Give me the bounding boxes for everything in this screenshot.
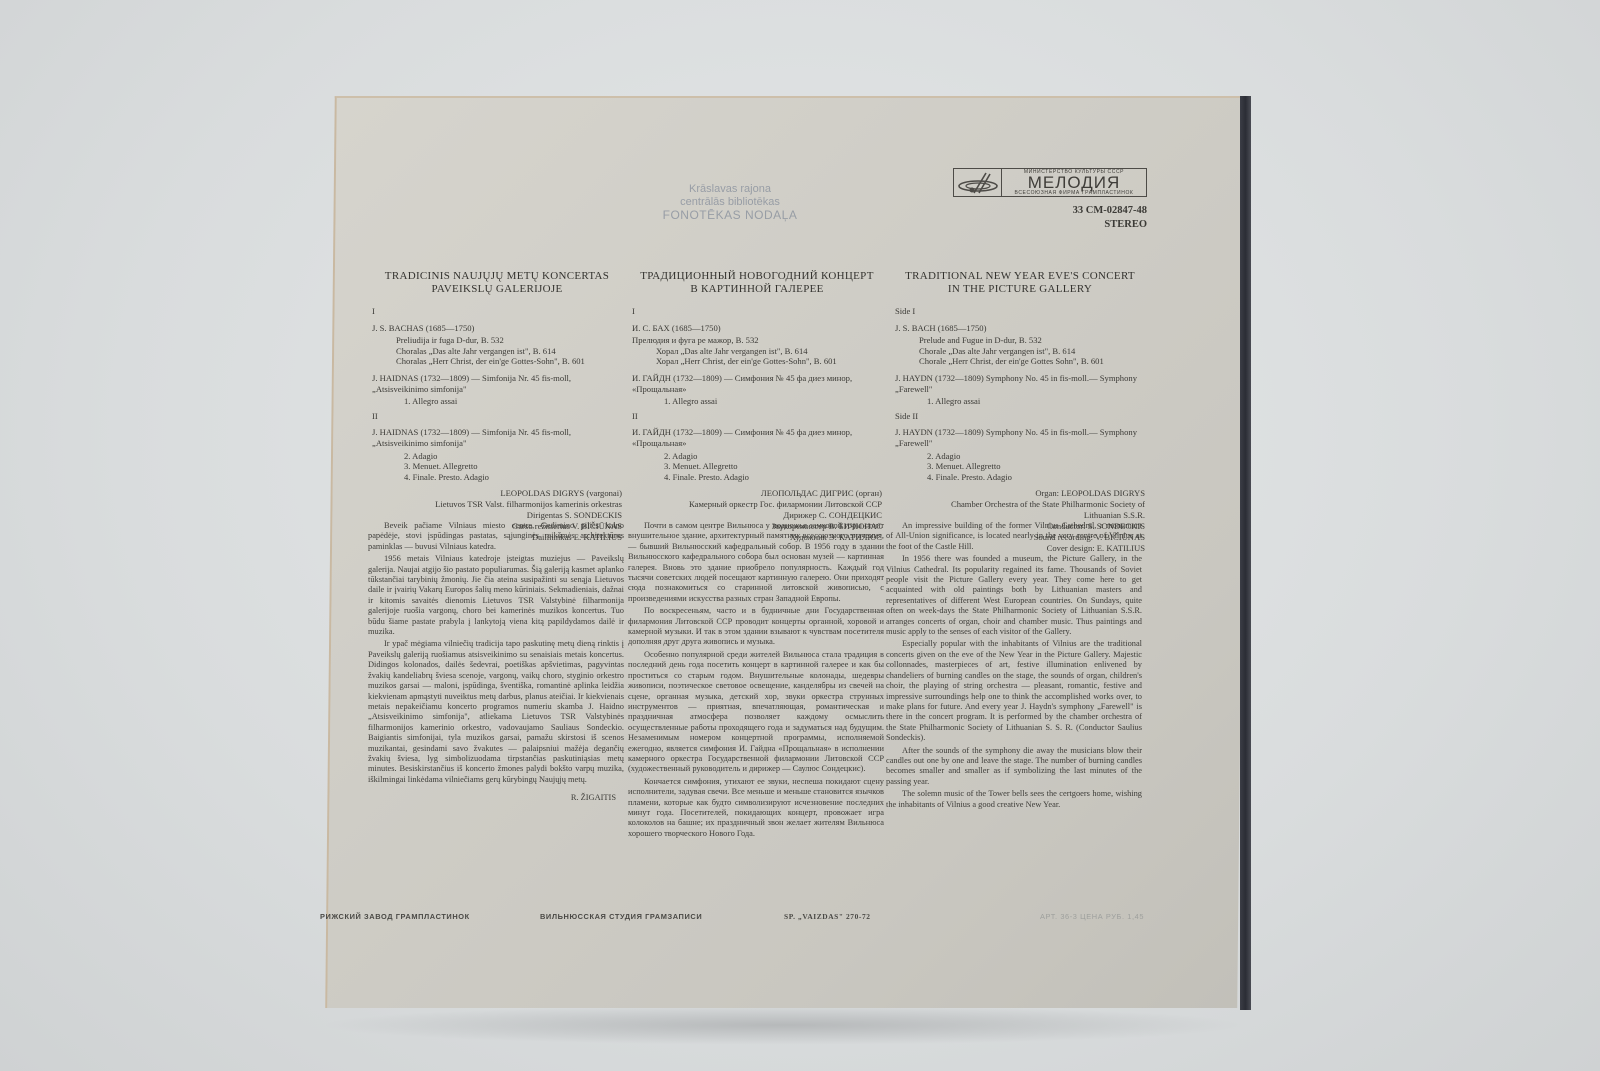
tracklist-english: TRADITIONAL NEW YEAR EVE'S CONCERTIN THE… <box>895 270 1145 554</box>
credit-line: Dirigentas S. SONDECKIS <box>372 510 622 521</box>
composer-line: J. S. BACHAS (1685—1750) <box>372 323 622 334</box>
track-item: 2. Adagio <box>895 451 1145 462</box>
essay-paragraph: По воскресеньям, часто и в будничные дни… <box>628 606 884 648</box>
credit-line: Lietuvos TSR Valst. filharmonijos kameri… <box>372 499 622 510</box>
track-item: Preliudija ir fuga D-dur, B. 532 <box>372 335 622 346</box>
track-item: 4. Finale. Presto. Adagio <box>372 472 622 483</box>
track-item: 1. Allegro assai <box>372 396 622 407</box>
track-item: 4. Finale. Presto. Adagio <box>632 472 882 483</box>
side-label: II <box>372 411 622 422</box>
track-item: 3. Menuet. Allegretto <box>372 461 622 472</box>
composer-line: J. HAIDNAS (1732—1809) — Simfonija Nr. 4… <box>372 427 622 448</box>
essay-russian: Почти в самом центре Вильнюса у подножья… <box>628 521 884 841</box>
track-item: 1. Allegro assai <box>895 396 1145 407</box>
essay-english: An impressive building of the former Vil… <box>886 521 1142 812</box>
title-english: TRADITIONAL NEW YEAR EVE'S CONCERTIN THE… <box>895 270 1145 296</box>
track-item: Choralas „Das alte Jahr vergangen ist", … <box>372 346 622 357</box>
composer-line: И. С. БАХ (1685—1750) <box>632 323 882 334</box>
composer-line: J. S. BACH (1685—1750) <box>895 323 1145 334</box>
essay-paragraph: Especially popular with the inhabitants … <box>886 639 1142 743</box>
stamp-line-1: Krāslavas rajona <box>650 183 810 196</box>
essay-paragraph: 1956 metais Vilniaus katedroje įsteigtas… <box>368 554 624 637</box>
title-russian: ТРАДИЦИОННЫЙ НОВОГОДНИЙ КОНЦЕРТВ КАРТИНН… <box>632 270 882 296</box>
track-item: Прелюдия и фуга ре мажор, B. 532 <box>632 335 882 346</box>
credit-line: Chamber Orchestra of the State Philharmo… <box>895 499 1145 510</box>
sleeve-content: Krāslavas rajona centrālās bibliotēkas F… <box>0 0 1600 1071</box>
pressing-plant: РИЖСКИЙ ЗАВОД ГРАМПЛАСТИНОК <box>320 912 470 921</box>
track-item: Prelude and Fugue in D-dur, B. 532 <box>895 335 1145 346</box>
side-label: II <box>632 411 882 422</box>
composer-line: И. ГАЙДН (1732—1809) — Симфония № 45 фа … <box>632 373 882 394</box>
tracklist-lithuanian: TRADICINIS NAUJŲJŲ METŲ KONCERTASPAVEIKS… <box>372 270 622 543</box>
track-item: Chorale „Herr Christ, der ein'ge Gottes … <box>895 356 1145 367</box>
track-item: 3. Menuet. Allegretto <box>895 461 1145 472</box>
side-label: Side I <box>895 306 1145 317</box>
title-lithuanian: TRADICINIS NAUJŲJŲ METŲ KONCERTASPAVEIKS… <box>372 270 622 296</box>
track-item: 3. Menuet. Allegretto <box>632 461 882 472</box>
credit-line: Камерный оркестр Гос. филармонии Литовск… <box>632 499 882 510</box>
side-label: I <box>632 306 882 317</box>
essay-paragraph: In 1956 there was founded a museum, the … <box>886 554 1142 637</box>
track-item: Chorale „Das alte Jahr vergangen ist", B… <box>895 346 1145 357</box>
composer-line: J. HAYDN (1732—1809) Symphony No. 45 in … <box>895 373 1145 394</box>
credit-line: LEOPOLDAS DIGRYS (vargonai) <box>372 488 622 499</box>
stamp-line-3: FONOTĒKAS NODAĻA <box>650 209 810 222</box>
label-firm: ВСЕСОЮЗНАЯ ФИРМА ГРАМПЛАСТИНОК <box>1015 190 1134 196</box>
side-label: I <box>372 306 622 317</box>
credit-line: Organ: LEOPOLDAS DIGRYS <box>895 488 1145 499</box>
essay-paragraph: Почти в самом центре Вильнюса у подножья… <box>628 521 884 604</box>
essay-lithuanian: Beveik pačiame Vilniaus miesto centre, G… <box>368 521 624 804</box>
track-item: 4. Finale. Presto. Adagio <box>895 472 1145 483</box>
credit-line: Дирижер С. СОНДЕЦКИС <box>632 510 882 521</box>
track-item: 2. Adagio <box>632 451 882 462</box>
essay-signature: R. ŽIGAITIS <box>368 793 624 803</box>
audio-format: STEREO <box>1030 218 1147 232</box>
catalog-info: 33 СМ-02847-48 STEREO <box>1030 204 1147 232</box>
melodiya-label: МИНИСТЕРСТВО КУЛЬТУРЫ СССР МЕЛОДИЯ ВСЕСО… <box>953 168 1147 197</box>
essay-paragraph: The solemn music of the Tower bells sees… <box>886 789 1142 810</box>
label-brand: МЕЛОДИЯ <box>1028 175 1121 190</box>
price-info: АРТ. 36-3 ЦЕНА РУБ. 1,45 <box>1040 912 1144 921</box>
essay-paragraph: Ir ypač mėgiama vilniečių tradicija tapo… <box>368 639 624 785</box>
composer-line: J. HAIDNAS (1732—1809) — Simfonija Nr. 4… <box>372 373 622 394</box>
library-stamp: Krāslavas rajona centrālās bibliotēkas F… <box>650 183 810 222</box>
composer-line: И. ГАЙДН (1732—1809) — Симфония № 45 фа … <box>632 427 882 448</box>
essay-paragraph: Особенно популярной среди жителей Вильню… <box>628 650 884 775</box>
melodiya-logo-icon <box>954 169 1002 196</box>
credit-line: ЛЕОПОЛЬДАС ДИГРИС (орган) <box>632 488 882 499</box>
recording-studio: ВИЛЬНЮССКАЯ СТУДИЯ ГРАМЗАПИСИ <box>540 912 702 921</box>
essay-paragraph: Кончается симфония, утихают ее звуки, не… <box>628 777 884 839</box>
tracklist-russian: ТРАДИЦИОННЫЙ НОВОГОДНИЙ КОНЦЕРТВ КАРТИНН… <box>632 270 882 543</box>
essay-paragraph: An impressive building of the former Vil… <box>886 521 1142 552</box>
track-item: Хорал „Herr Christ, der ein'ge Gottes-So… <box>632 356 882 367</box>
printer-info: SP. „VAIZDAS" 270-72 <box>784 912 871 921</box>
composer-line: J. HAYDN (1732—1809) Symphony No. 45 in … <box>895 427 1145 448</box>
track-item: 2. Adagio <box>372 451 622 462</box>
track-item: 1. Allegro assai <box>632 396 882 407</box>
track-item: Хорал „Das alte Jahr vergangen ist", B. … <box>632 346 882 357</box>
essay-paragraph: Beveik pačiame Vilniaus miesto centre, G… <box>368 521 624 552</box>
catalog-number: 33 СМ-02847-48 <box>1030 204 1147 218</box>
track-item: Choralas „Herr Christ, der ein'ge Gottes… <box>372 356 622 367</box>
essay-paragraph: After the sounds of the symphony die awa… <box>886 746 1142 788</box>
side-label: Side II <box>895 411 1145 422</box>
credit-line: Lithuanian S.S.R. <box>895 510 1145 521</box>
